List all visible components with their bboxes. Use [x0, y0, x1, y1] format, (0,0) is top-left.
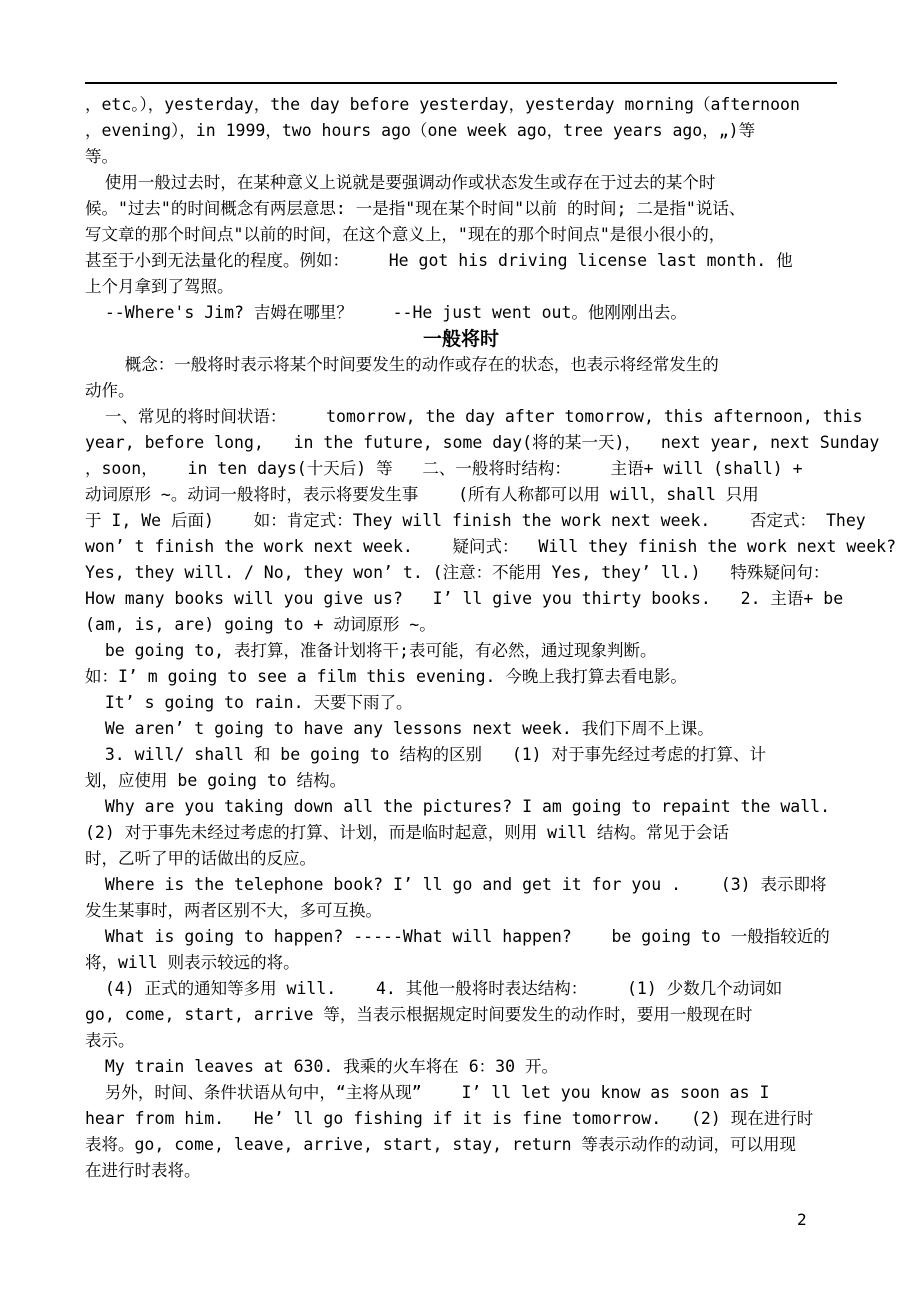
- text-line: ，etc。），yesterday，the day before yesterda…: [85, 92, 885, 118]
- text-line: (2) 对于事先未经过考虑的打算、计划，而是临时起意，则用 will 结构。常见…: [85, 820, 885, 846]
- text-line: Yes, they will. / No, they won’ t. (注意：不…: [85, 560, 885, 586]
- text-line: 另外，时间、条件状语从句中，“主将从现” I’ ll let you know …: [85, 1080, 885, 1106]
- text-line: 将，will 则表示较远的将。: [85, 950, 885, 976]
- text-line: --Where's Jim? 吉姆在哪里？ --He just went out…: [85, 300, 885, 326]
- text-line: 等。: [85, 144, 885, 170]
- text-line: 甚至于小到无法量化的程度。例如： He got his driving lice…: [85, 248, 885, 274]
- text-line: Why are you taking down all the pictures…: [85, 794, 885, 820]
- document-page: ，etc。），yesterday，the day before yesterda…: [0, 0, 920, 1302]
- section-heading: 一般将时: [85, 326, 837, 352]
- text-line: 划，应使用 be going to 结构。: [85, 768, 885, 794]
- text-line: 如：I’ m going to see a film this evening.…: [85, 664, 885, 690]
- text-line: My train leaves at 630. 我乘的火车将在 6：30 开。: [85, 1054, 885, 1080]
- page-number: 2: [797, 1210, 807, 1230]
- text-line: (4) 正式的通知等多用 will. 4. 其他一般将时表达结构： (1) 少数…: [85, 976, 885, 1002]
- text-line: (am, is, are) going to + 动词原形 ~。: [85, 612, 885, 638]
- text-line: 表将。go, come, leave, arrive, start, stay,…: [85, 1132, 885, 1158]
- text-line: It’ s going to rain. 天要下雨了。: [85, 690, 885, 716]
- text-line: 上个月拿到了驾照。: [85, 274, 885, 300]
- text-line: 表示。: [85, 1028, 885, 1054]
- header-rule: [85, 82, 837, 84]
- text-line: ，soon， in ten days(十天后) 等 二、一般将时结构： 主语+ …: [85, 456, 885, 482]
- text-line: 动词原形 ~。动词一般将时，表示将要发生事 (所有人称都可以用 will，sha…: [85, 482, 885, 508]
- text-line: 概念：一般将时表示将某个时间要发生的动作或存在的状态，也表示将经常发生的: [85, 352, 885, 378]
- text-line: 时，乙听了甲的话做出的反应。: [85, 846, 885, 872]
- text-line: How many books will you give us? I’ ll g…: [85, 586, 885, 612]
- text-line: What is going to happen? -----What will …: [85, 924, 885, 950]
- text-line: Where is the telephone book? I’ ll go an…: [85, 872, 885, 898]
- text-line: 于 I, We 后面) 如：肯定式：They will finish the w…: [85, 508, 885, 534]
- text-line: year, before long, in the future, some d…: [85, 430, 885, 456]
- text-line: 候。"过去"的时间概念有两层意思: 一是指"现在某个时间"以前 的时间; 二是指…: [85, 196, 885, 222]
- text-line: 动作。: [85, 378, 885, 404]
- text-line: ，evening），in 1999，two hours ago（one week…: [85, 118, 885, 144]
- text-line: be going to, 表打算，准备计划将干;表可能，有必然，通过现象判断。: [85, 638, 885, 664]
- document-body: ，etc。），yesterday，the day before yesterda…: [85, 92, 885, 1184]
- text-line: 使用一般过去时，在某种意义上说就是要强调动作或状态发生或存在于过去的某个时: [85, 170, 885, 196]
- text-line: 发生某事时，两者区别不大，多可互换。: [85, 898, 885, 924]
- text-line: 在进行时表将。: [85, 1158, 885, 1184]
- text-line: 写文章的那个时间点"以前的时间，在这个意义上，"现在的那个时间点"是很小很小的，: [85, 222, 885, 248]
- text-line: won’ t finish the work next week. 疑问式： W…: [85, 534, 885, 560]
- text-line: 3. will/ shall 和 be going to 结构的区别 (1) 对…: [85, 742, 885, 768]
- text-line: go, come, start, arrive 等，当表示根据规定时间要发生的动…: [85, 1002, 885, 1028]
- text-line: We aren’ t going to have any lessons nex…: [85, 716, 885, 742]
- text-line: 一、常见的将时间状语： tomorrow, the day after tomo…: [85, 404, 885, 430]
- text-line: hear from him. He’ ll go fishing if it i…: [85, 1106, 885, 1132]
